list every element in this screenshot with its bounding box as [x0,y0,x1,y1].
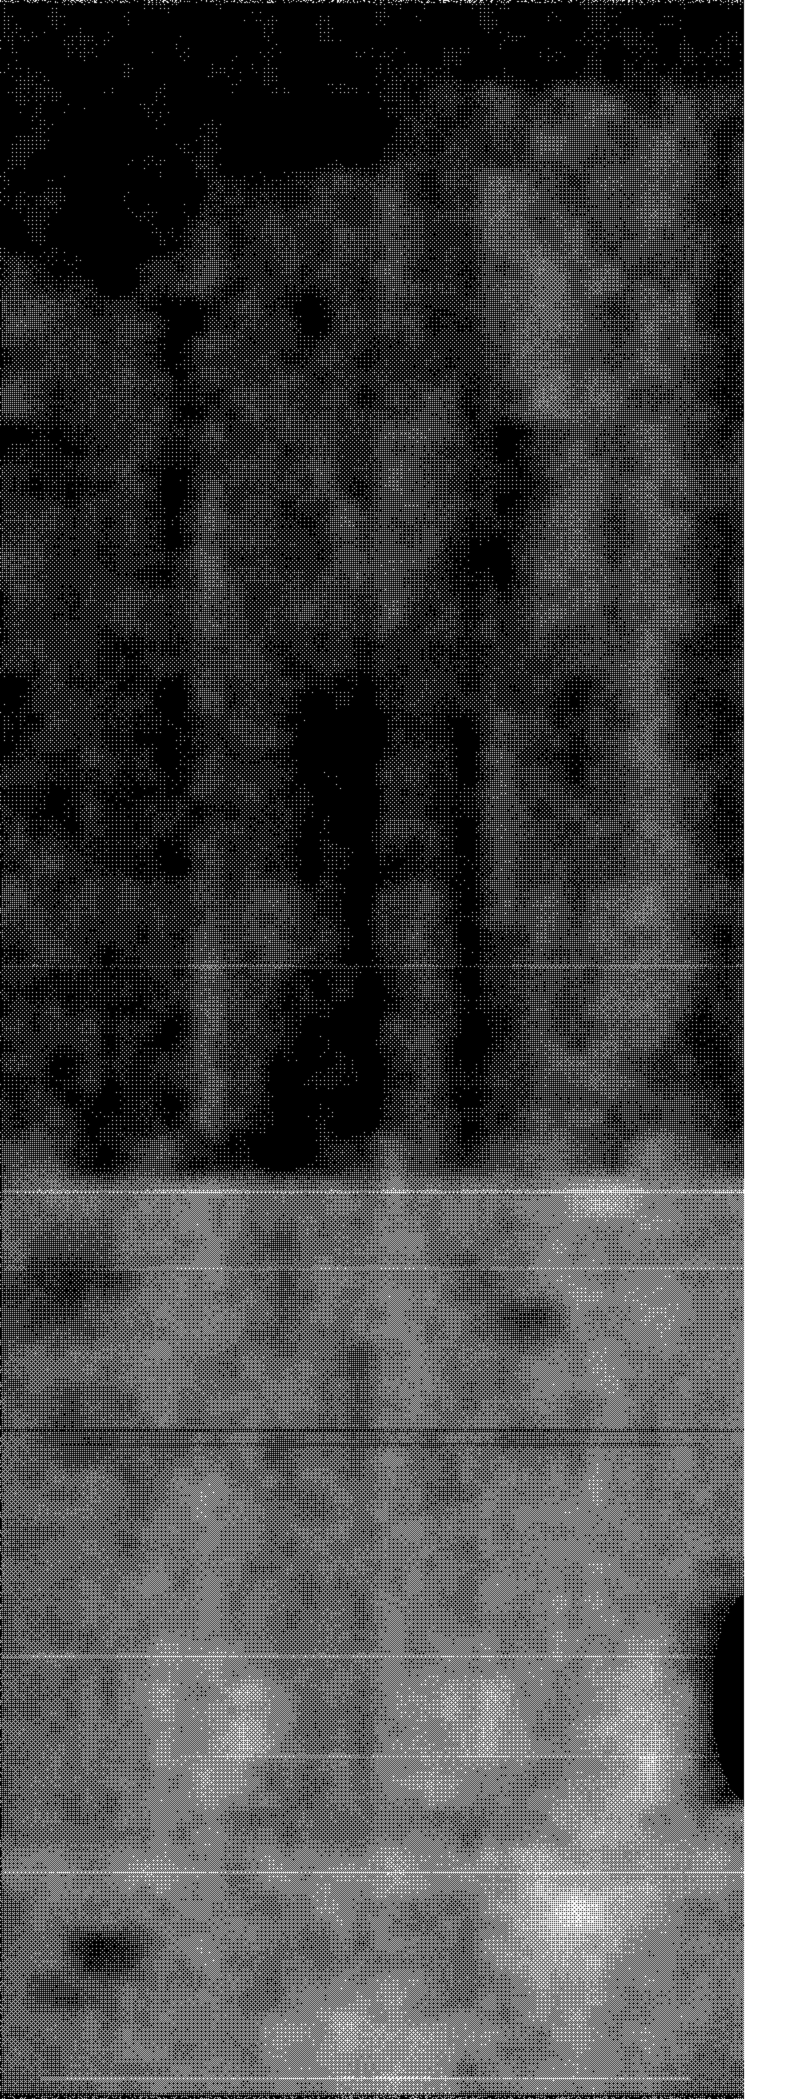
halftone-photograph [0,0,800,2099]
scanned-photo-page [0,0,800,2099]
